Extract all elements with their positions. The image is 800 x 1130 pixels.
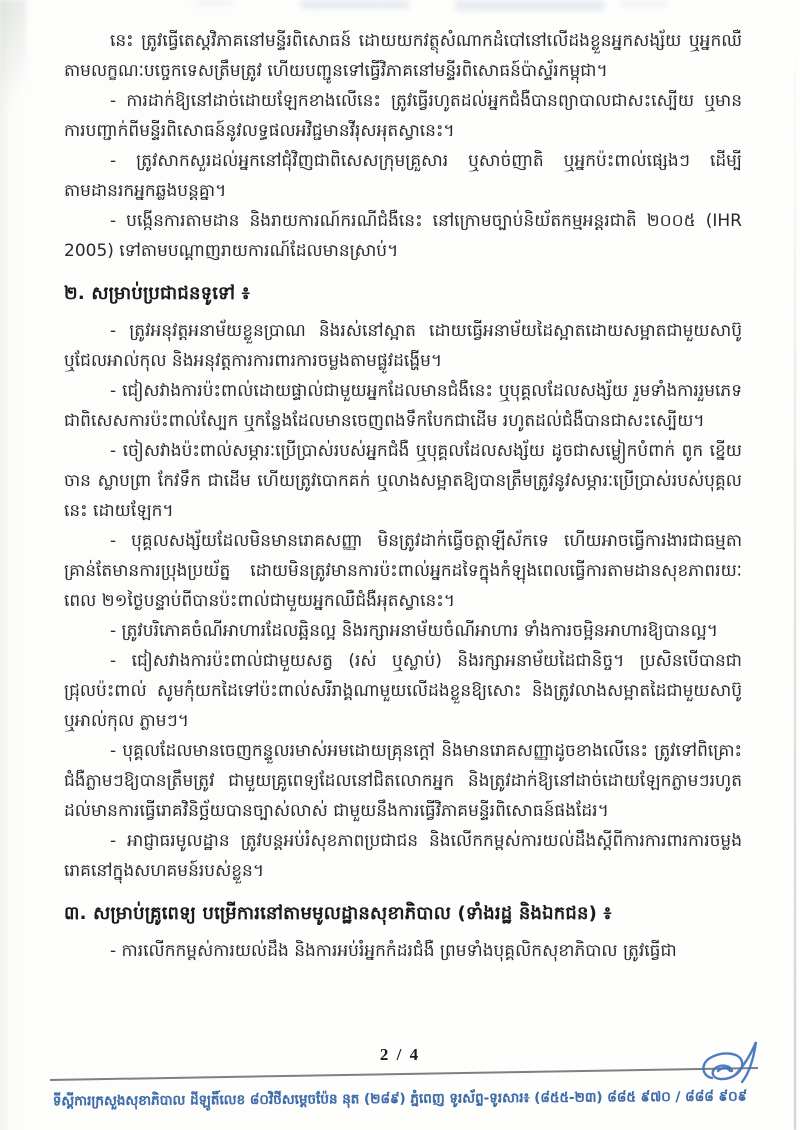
paragraph: - បុគ្គលដែលមានចេញកន្ទួលរមាស់អមដោយគ្រុនក្… xyxy=(64,736,742,826)
scan-corner-shadow xyxy=(0,0,26,140)
paragraph: - ត្រូវបរិភោគចំណីអាហារដែលឆ្អិនល្អ និងរក្… xyxy=(64,616,742,646)
page-number: 2 / 4 xyxy=(0,1045,800,1065)
ink-bleedthrough-smudge xyxy=(620,1,668,7)
ink-bleedthrough-smudge xyxy=(300,0,410,9)
scan-right-edge xyxy=(794,0,796,1130)
paragraph: - ត្រូវសាកសួរដល់អ្នកនៅជុំវិញជាពិសេសក្រុម… xyxy=(64,146,742,206)
paragraph: - ការលើកកម្ពស់ការយល់ដឹង និងការអប់រំអ្នកក… xyxy=(64,936,742,966)
paragraph: - អាជ្ញាធរមូលដ្ឋាន ត្រូវបន្តអប់រំសុខភាពប… xyxy=(64,826,742,886)
ink-bleedthrough-smudge xyxy=(455,0,605,11)
paragraph: - ត្រូវអនុវត្តអនាម័យខ្លួនប្រាណ និងរស់នៅស… xyxy=(64,316,742,376)
document-body: នេះ ត្រូវធ្វើតេស្តវិភាគនៅមន្ទីរពិសោធន៍ ដ… xyxy=(64,26,742,1038)
section-heading: ២. សម្រាប់ប្រជាជនទូទៅ ៖ xyxy=(64,279,742,309)
scanned-document-page: នេះ ត្រូវធ្វើតេស្តវិភាគនៅមន្ទីរពិសោធន៍ ដ… xyxy=(0,0,800,1130)
paragraph: - ចៀសវាងប៉ះពាល់សម្ភារៈប្រើប្រាស់របស់អ្នក… xyxy=(64,436,742,526)
paragraph: - បង្កើនការតាមដាន និងរាយការណ៍ករណីជំងឺនេះ… xyxy=(64,206,742,266)
paragraph: - ជៀសវាងការប៉ះពាល់ដោយផ្ទាល់ជាមួយអ្នកដែលម… xyxy=(64,376,742,436)
paragraph: - ជៀសវាងការប៉ះពាល់ជាមួយសត្វ (រស់ ឬស្លាប់… xyxy=(64,646,742,736)
paragraph: - បុគ្គលសង្ស័យដែលមិនមានរោគសញ្ញា មិនត្រូវ… xyxy=(64,526,742,616)
paragraph: - ការដាក់ឱ្យនៅដាច់ដោយឡែកខាងលើនេះ ត្រូវធ្… xyxy=(64,86,742,146)
section-heading: ៣. សម្រាប់គ្រូពេទ្យ បម្រើការនៅតាមមូលដ្ឋា… xyxy=(64,899,742,929)
footer-address: ទីស្តីការក្រសួងសុខាភិបាល ដីឡូតិ៍លេខ ៨០វិ… xyxy=(40,1085,760,1112)
ink-bleedthrough-smudge xyxy=(195,0,235,6)
paragraph: នេះ ត្រូវធ្វើតេស្តវិភាគនៅមន្ទីរពិសោធន៍ ដ… xyxy=(64,26,742,86)
